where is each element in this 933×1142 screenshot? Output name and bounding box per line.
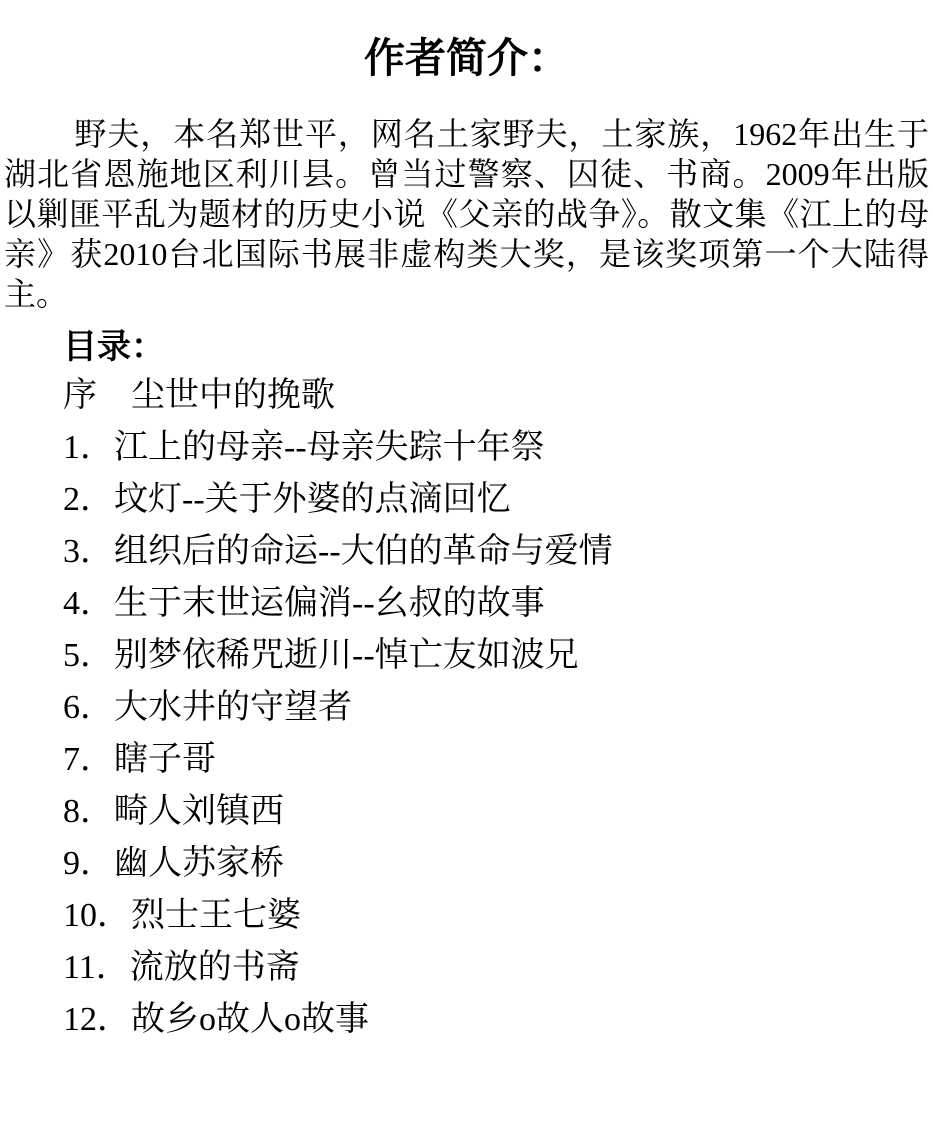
author-intro-paragraph: 野夫，本名郑世平，网名土家野夫，土家族，1962年出生于湖北省恩施地区利川县。曾… <box>4 114 929 314</box>
page-title: 作者简介： <box>4 34 929 82</box>
toc-item: 9．幽人苏家桥 <box>63 838 929 890</box>
toc-item: 4．生于末世运偏消--幺叔的故事 <box>63 578 929 630</box>
document-page: 作者简介： 野夫，本名郑世平，网名土家野夫，土家族，1962年出生于湖北省恩施地… <box>0 0 933 1142</box>
toc-item: 3．组织后的命运--大伯的革命与爱情 <box>63 526 929 578</box>
toc-preface: 序 尘世中的挽歌 <box>63 370 929 422</box>
toc-item-list: 1．江上的母亲--母亲失踪十年祭2．坟灯--关于外婆的点滴回忆3．组织后的命运-… <box>63 422 929 1046</box>
toc-item: 1．江上的母亲--母亲失踪十年祭 <box>63 422 929 474</box>
toc-item: 7．瞎子哥 <box>63 734 929 786</box>
toc-item: 5．别梦依稀咒逝川--悼亡友如波兄 <box>63 630 929 682</box>
toc-item: 10．烈士王七婆 <box>63 890 929 942</box>
toc-item: 8．畸人刘镇西 <box>63 786 929 838</box>
toc-item: 11．流放的书斋 <box>63 942 929 994</box>
table-of-contents: 目录： 序 尘世中的挽歌 1．江上的母亲--母亲失踪十年祭2．坟灯--关于外婆的… <box>4 326 929 1046</box>
toc-item: 12．故乡o故人o故事 <box>63 994 929 1046</box>
toc-item: 6．大水井的守望者 <box>63 682 929 734</box>
toc-item: 2．坟灯--关于外婆的点滴回忆 <box>63 474 929 526</box>
toc-heading: 目录： <box>63 326 929 370</box>
